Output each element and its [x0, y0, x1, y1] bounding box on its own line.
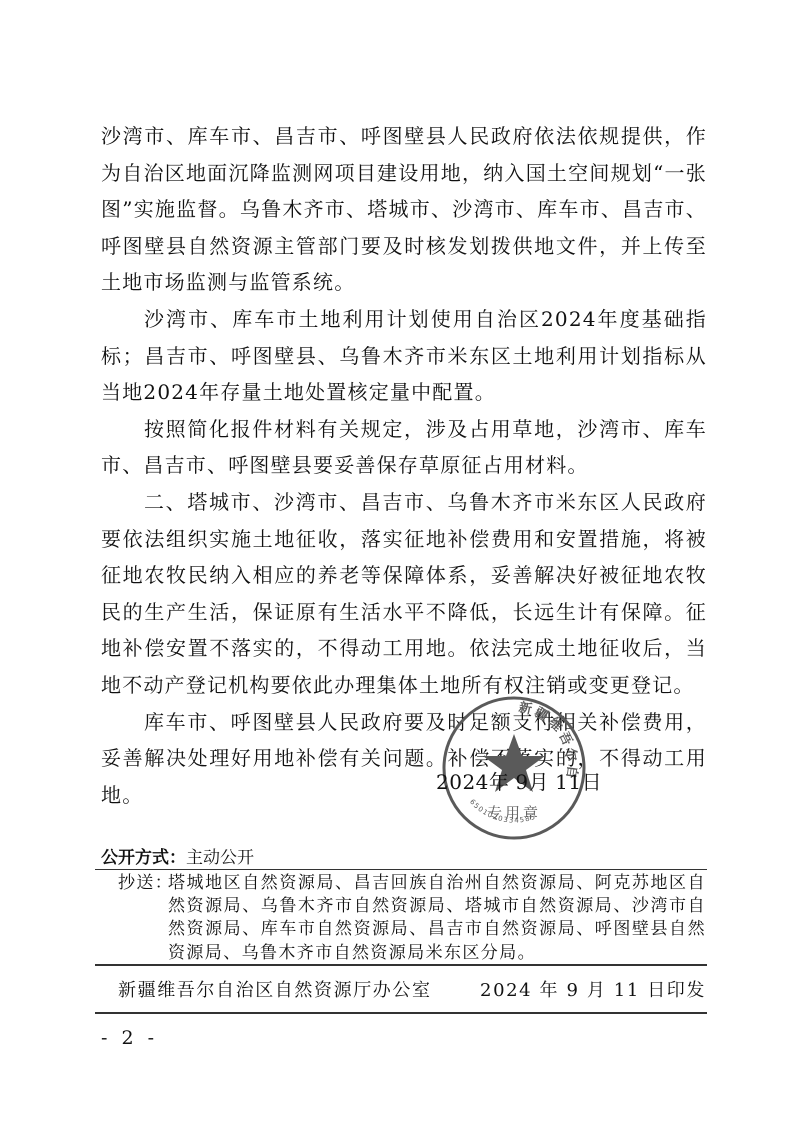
date-month: 9	[515, 770, 528, 794]
divider-bottom	[95, 1012, 707, 1014]
signature-date: 2024年9月11日	[436, 766, 602, 795]
paragraph-plan-indicators: 沙湾市、库车市土地利用计划使用自治区2024年度基础指标；昌吉市、呼图壁县、乌鲁…	[101, 301, 707, 411]
disclosure-label: 公开方式：	[101, 848, 186, 868]
page-number: - 2 -	[101, 1027, 158, 1049]
cc-section: 抄送： 塔城地区自然资源局、昌吉回族自治州自然资源局、阿克苏地区自然资源局、乌鲁…	[118, 872, 706, 965]
divider-middle	[95, 964, 707, 966]
disclosure-value: 主动公开	[186, 848, 254, 868]
cc-label: 抄送：	[118, 872, 173, 895]
paragraph-grassland-materials: 按照简化报件材料有关规定，涉及占用草地，沙湾市、库车市、昌吉市、呼图壁县要妥善保…	[101, 411, 707, 484]
cc-recipients: 塔城地区自然资源局、昌吉回族自治州自然资源局、阿克苏地区自然资源局、乌鲁木齐市自…	[168, 872, 706, 965]
issuer: 新疆维吾尔自治区自然资源厅办公室	[118, 976, 432, 1002]
divider-top	[95, 869, 707, 870]
date-year: 2024	[436, 770, 489, 794]
paragraph-compensation: 库车市、呼图壁县人民政府要及时足额支付相关补偿费用，妥善解决处理好用地补偿有关问…	[101, 704, 707, 814]
document-page: 沙湾市、库车市、昌吉市、呼图壁县人民政府依法依规提供，作为自治区地面沉降监测网项…	[0, 0, 793, 1122]
date-day-unit: 日	[582, 770, 603, 794]
date-day: 11	[555, 770, 581, 794]
paragraph-land-expropriation: 二、塔城市、沙湾市、昌吉市、乌鲁木齐市米东区人民政府要依法组织实施土地征收，落实…	[101, 484, 707, 704]
date-year-unit: 年	[489, 770, 510, 794]
issue-date: 2024 年 9 月 11 日印发	[480, 976, 706, 1002]
body-text: 沙湾市、库车市、昌吉市、呼图壁县人民政府依法依规提供，作为自治区地面沉降监测网项…	[101, 118, 707, 813]
disclosure-method: 公开方式：主动公开	[101, 843, 254, 868]
date-month-unit: 月	[529, 770, 550, 794]
paragraph-land-use-provision: 沙湾市、库车市、昌吉市、呼图壁县人民政府依法依规提供，作为自治区地面沉降监测网项…	[101, 118, 707, 301]
